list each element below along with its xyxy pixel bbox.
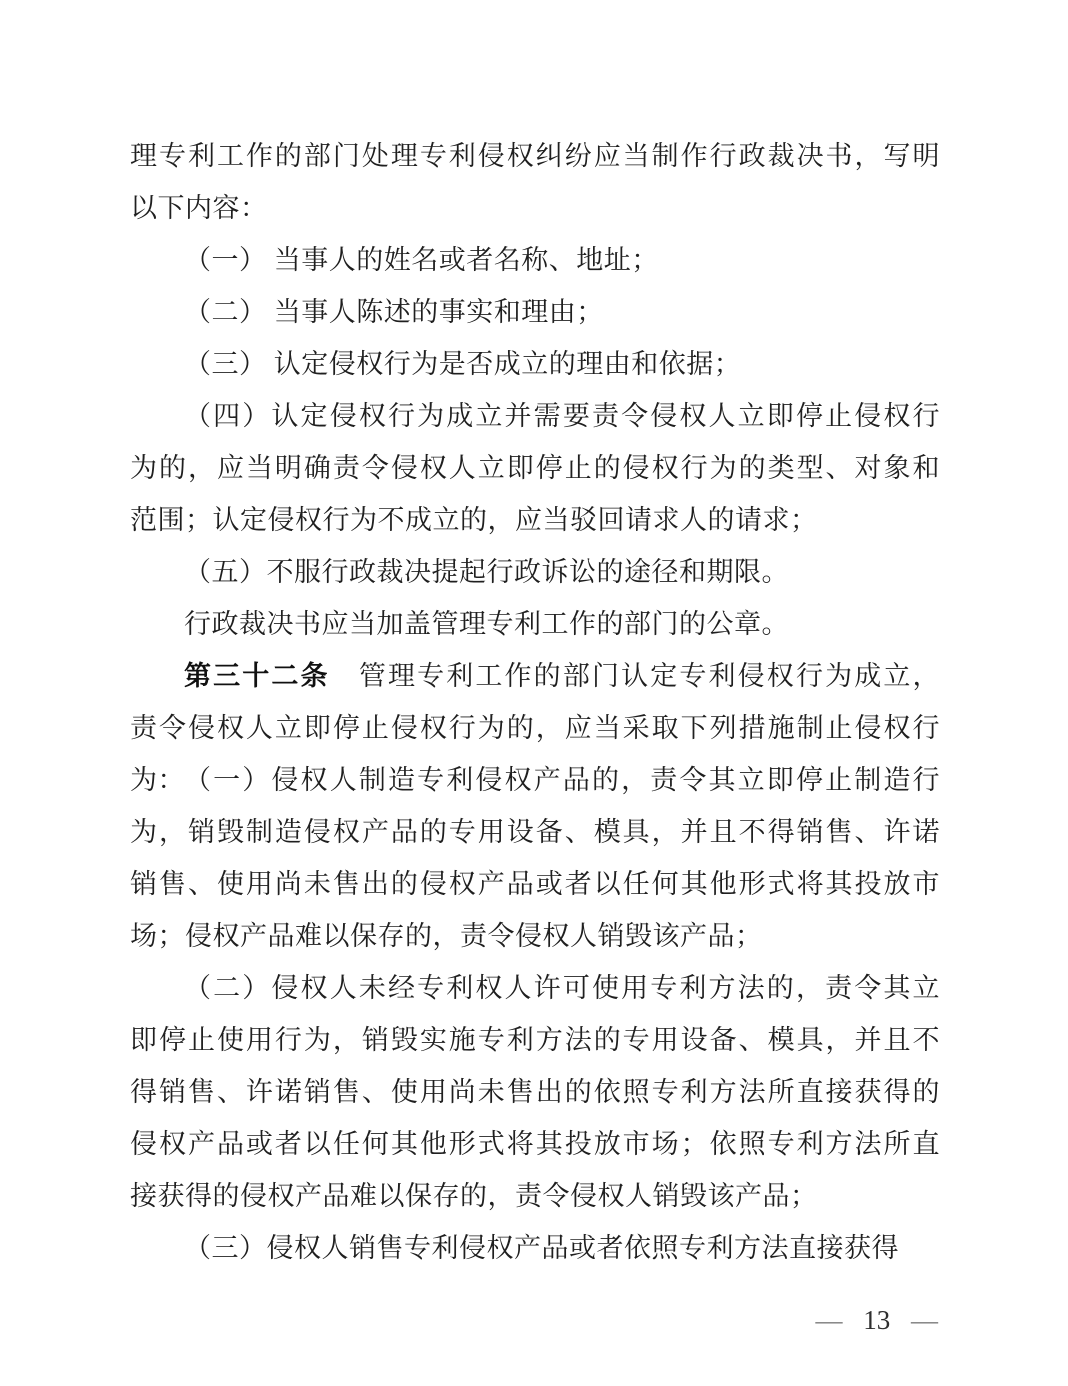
- text-line: （二） 当事人陈述的事实和理由；: [130, 286, 940, 338]
- text-line: 接获得的侵权产品难以保存的，责令侵权人销毁该产品；: [130, 1170, 940, 1222]
- text-line: （四）认定侵权行为成立并需要责令侵权人立即停止侵权行: [130, 390, 940, 442]
- text-line: 范围；认定侵权行为不成立的，应当驳回请求人的请求；: [130, 494, 940, 546]
- text-run: （二）侵权人未经专利权人许可使用专利方法的，责令其立: [184, 973, 940, 1003]
- text-run: 接获得的侵权产品难以保存的，责令侵权人销毁该产品；: [130, 1181, 818, 1211]
- document-paragraph: （二） 当事人陈述的事实和理由；: [130, 286, 940, 338]
- text-run: 场；侵权产品难以保存的，责令侵权人销毁该产品；: [130, 921, 763, 951]
- text-run: （三） 认定侵权行为是否成立的理由和依据；: [184, 349, 741, 379]
- text-run: （四）认定侵权行为成立并需要责令侵权人立即停止侵权行: [184, 401, 940, 431]
- document-paragraph: 行政裁决书应当加盖管理专利工作的部门的公章。: [130, 598, 940, 650]
- text-line: 销售、使用尚未售出的侵权产品或者以任何其他形式将其投放市: [130, 858, 940, 910]
- text-line: （三） 认定侵权行为是否成立的理由和依据；: [130, 338, 940, 390]
- document-paragraph: （五）不服行政裁决提起行政诉讼的途径和期限。: [130, 546, 940, 598]
- text-line: 为，销毁制造侵权产品的专用设备、模具，并且不得销售、许诺: [130, 806, 940, 858]
- document-paragraph: （一） 当事人的姓名或者名称、地址；: [130, 234, 940, 286]
- document-paragraph: （一）侵权人制造专利侵权产品的，责令其立即停止制造行为，销毁制造侵权产品的专用设…: [130, 754, 940, 962]
- text-run: （五）不服行政裁决提起行政诉讼的途径和期限。: [184, 557, 789, 587]
- text-run: 行政裁决书应当加盖管理专利工作的部门的公章。: [184, 609, 789, 639]
- footer-dash-left: —: [816, 1305, 843, 1335]
- text-line: 第三十二条 管理专利工作的部门认定专利侵权行为成立，: [130, 650, 940, 702]
- document-paragraph: （四）认定侵权行为成立并需要责令侵权人立即停止侵权行为的，应当明确责令侵权人立即…: [130, 390, 940, 546]
- document-paragraph: （三）侵权人销售专利侵权产品或者依照专利方法直接获得: [130, 1222, 940, 1274]
- text-run: 理专利工作的部门处理专利侵权纠纷应当制作行政裁决书，写明: [130, 141, 940, 171]
- text-run: 管理专利工作的部门认定专利侵权行为成立，: [330, 661, 940, 691]
- text-line: （一）侵权人制造专利侵权产品的，责令其立即停止制造行: [130, 754, 940, 806]
- text-run: 侵权产品或者以任何其他形式将其投放市场；依照专利方法所直: [130, 1129, 940, 1159]
- text-run: （一）侵权人制造专利侵权产品的，责令其立即停止制造行: [184, 765, 940, 795]
- text-run: 为，销毁制造侵权产品的专用设备、模具，并且不得销售、许诺: [130, 817, 940, 847]
- text-line: 责令侵权人立即停止侵权行为的，应当采取下列措施制止侵权行为：: [130, 702, 940, 754]
- text-line: 理专利工作的部门处理专利侵权纠纷应当制作行政裁决书，写明: [130, 130, 940, 182]
- text-run: 即停止使用行为，销毁实施专利方法的专用设备、模具，并且不: [130, 1025, 940, 1055]
- text-run: 以下内容：: [130, 193, 268, 223]
- document-paragraph: 理专利工作的部门处理专利侵权纠纷应当制作行政裁决书，写明以下内容：: [130, 130, 940, 234]
- page-footer: — 13 —: [816, 1304, 939, 1336]
- text-line: （二）侵权人未经专利权人许可使用专利方法的，责令其立: [130, 962, 940, 1014]
- text-line: （一） 当事人的姓名或者名称、地址；: [130, 234, 940, 286]
- text-line: 行政裁决书应当加盖管理专利工作的部门的公章。: [130, 598, 940, 650]
- text-line: （五）不服行政裁决提起行政诉讼的途径和期限。: [130, 546, 940, 598]
- text-run: （三）侵权人销售专利侵权产品或者依照专利方法直接获得: [184, 1233, 899, 1263]
- document-page: 理专利工作的部门处理专利侵权纠纷应当制作行政裁决书，写明以下内容：（一） 当事人…: [0, 0, 1068, 1386]
- page-number: 13: [863, 1305, 890, 1335]
- text-run: 为的，应当明确责令侵权人立即停止的侵权行为的类型、对象和: [130, 453, 940, 483]
- document-paragraph: （二）侵权人未经专利权人许可使用专利方法的，责令其立即停止使用行为，销毁实施专利…: [130, 962, 940, 1222]
- text-line: 即停止使用行为，销毁实施专利方法的专用设备、模具，并且不: [130, 1014, 940, 1066]
- text-run: （二） 当事人陈述的事实和理由；: [184, 297, 604, 327]
- text-run: 得销售、许诺销售、使用尚未售出的依照专利方法所直接获得的: [130, 1077, 940, 1107]
- article-number: 第三十二条: [184, 661, 330, 691]
- text-line: （三）侵权人销售专利侵权产品或者依照专利方法直接获得: [130, 1222, 940, 1274]
- text-line: 侵权产品或者以任何其他形式将其投放市场；依照专利方法所直: [130, 1118, 940, 1170]
- document-paragraph: 第三十二条 管理专利工作的部门认定专利侵权行为成立，责令侵权人立即停止侵权行为的…: [130, 650, 940, 754]
- document-paragraph: （三） 认定侵权行为是否成立的理由和依据；: [130, 338, 940, 390]
- footer-dash-right: —: [911, 1305, 938, 1335]
- text-run: 销售、使用尚未售出的侵权产品或者以任何其他形式将其投放市: [130, 869, 940, 899]
- text-line: 得销售、许诺销售、使用尚未售出的依照专利方法所直接获得的: [130, 1066, 940, 1118]
- text-run: （一） 当事人的姓名或者名称、地址；: [184, 245, 659, 275]
- text-line: 为的，应当明确责令侵权人立即停止的侵权行为的类型、对象和: [130, 442, 940, 494]
- text-run: 范围；认定侵权行为不成立的，应当驳回请求人的请求；: [130, 505, 818, 535]
- document-body: 理专利工作的部门处理专利侵权纠纷应当制作行政裁决书，写明以下内容：（一） 当事人…: [130, 130, 940, 1274]
- text-line: 场；侵权产品难以保存的，责令侵权人销毁该产品；: [130, 910, 940, 962]
- text-line: 以下内容：: [130, 182, 940, 234]
